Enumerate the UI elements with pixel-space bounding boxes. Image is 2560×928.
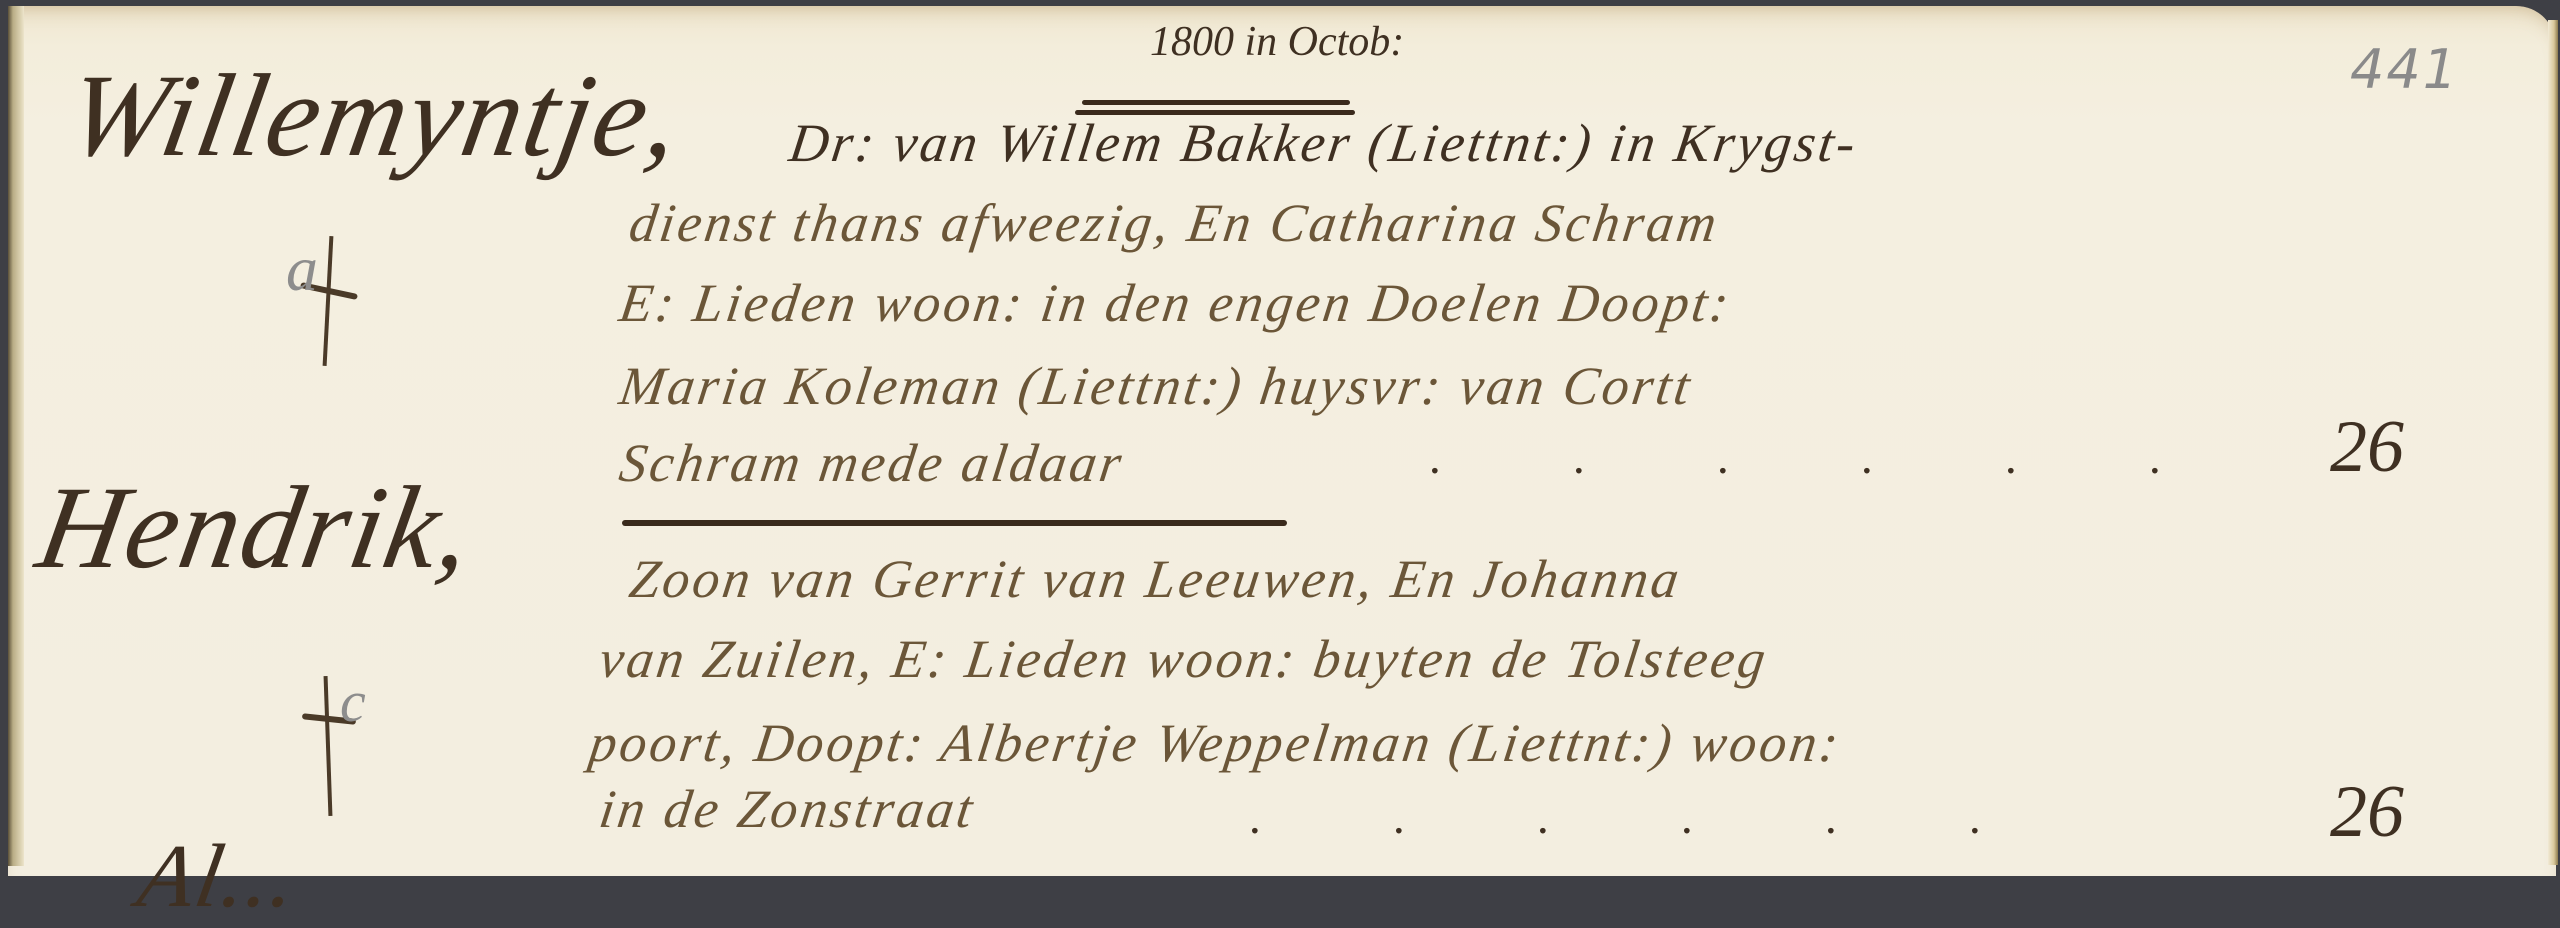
entry-line: Maria Koleman (Liettnt:) huysvr: van Cor… [616, 355, 1697, 417]
entry-separator-rule [622, 520, 1287, 526]
entry-line: Schram mede aldaar [616, 432, 1129, 494]
entry-line: in de Zonstraat [596, 778, 980, 840]
next-entry-name-partial: Al... [131, 825, 307, 865]
entry-line: dienst thans afweezig, En Catharina Schr… [626, 192, 1724, 254]
entry-amount: 26 [2330, 405, 2404, 490]
entry-name: Hendrik, [28, 460, 484, 596]
leader-dots: . . . . . . [1430, 430, 2222, 485]
pencil-annotation: a [286, 232, 318, 306]
entry-line: E: Lieden woon: in den engen Doelen Doop… [616, 272, 1736, 334]
page-right-edge [2548, 20, 2558, 865]
entry-line: Zoon van Gerrit van Leeuwen, En Johanna [626, 548, 1686, 610]
entry-line: poort, Doopt: Albertje Weppelman (Liettn… [586, 712, 1846, 774]
entry-name: Willemyntje, [58, 48, 693, 184]
page-header-date: 1800 in Octob: [1150, 18, 1404, 66]
pencil-annotation: c [340, 668, 366, 735]
leader-dots: . . . . . . [1250, 790, 2042, 845]
entry-line: van Zuilen, E: Lieden woon: buyten de To… [596, 628, 1773, 690]
double-underline-top [1082, 100, 1350, 105]
page-number: 441 [2350, 38, 2459, 101]
entry-line: Dr: van Willem Bakker (Liettnt:) in Kryg… [786, 112, 1863, 174]
book-binding-edge [8, 6, 24, 865]
entry-amount: 26 [2330, 770, 2404, 855]
